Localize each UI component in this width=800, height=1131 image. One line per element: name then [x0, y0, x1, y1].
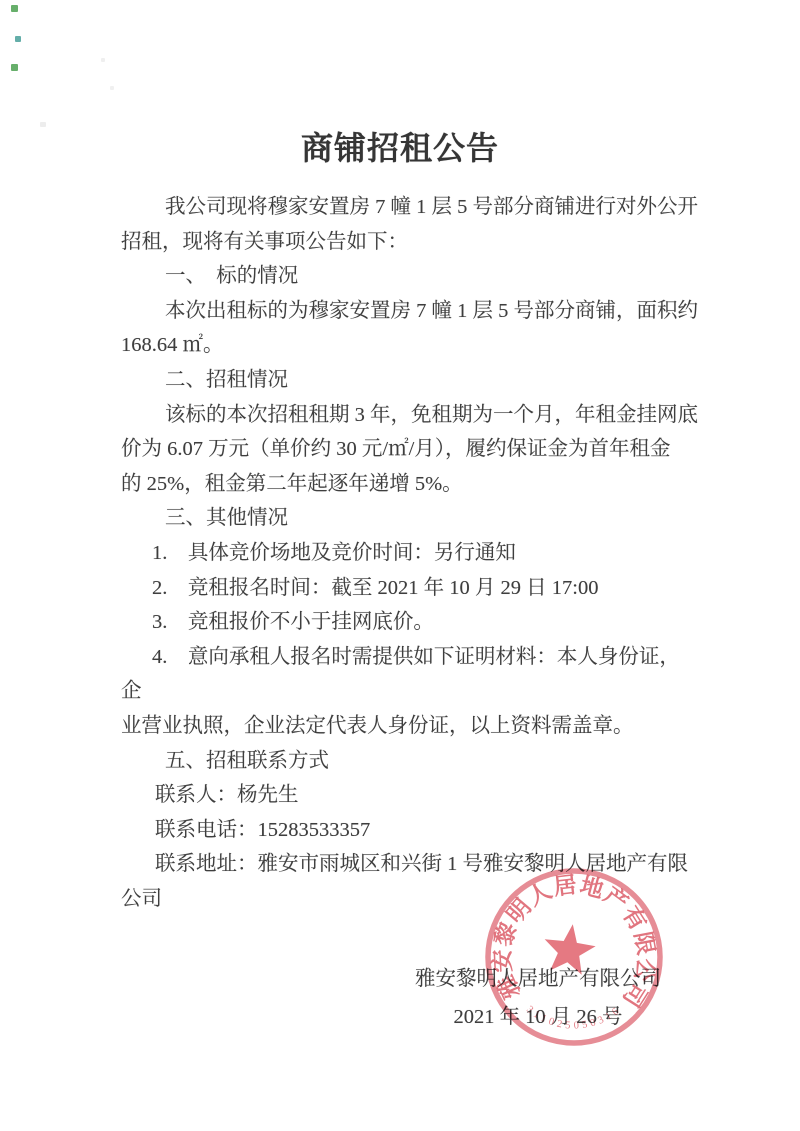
doc-line: 2. 竞租报名时间：截至 2021 年 10 月 29 日 17:00 — [152, 577, 598, 599]
scan-artifact-3 — [11, 64, 18, 71]
doc-line: 二、招租情况 — [165, 369, 288, 391]
document-body: 我公司现将穆家安置房 7 幢 1 层 5 号部分商铺进行对外公开招租，现将有关事… — [121, 190, 699, 916]
seal-star-icon — [545, 924, 596, 975]
company-seal-stamp-icon: 雅安黎明人居地产有限公司 311025050316 — [474, 857, 674, 1057]
seal-serial-text: 311025050316 — [524, 1004, 624, 1032]
scan-artifact-1 — [11, 5, 18, 12]
doc-block-list: 3. 竞租报价不小于挂网底价。 — [121, 605, 699, 640]
doc-block-para: 本次出租标的为穆家安置房 7 幢 1 层 5 号部分商铺，面积约168.64 ㎡… — [121, 294, 699, 363]
doc-block-heading: 五、招租联系方式 — [121, 744, 699, 779]
document-page: 商铺招租公告 我公司现将穆家安置房 7 幢 1 层 5 号部分商铺进行对外公开招… — [0, 0, 800, 1131]
svg-text:311025050316: 311025050316 — [524, 1004, 624, 1032]
doc-block-para: 该标的本次招租租期 3 年，免租期为一个月，年租金挂网底价为 6.07 万元（单… — [121, 398, 699, 502]
doc-line: 联系电话：15283533357 — [155, 819, 370, 841]
doc-line: 1. 具体竞价场地及竞价时间：另行通知 — [152, 542, 516, 564]
doc-line: 五、招租联系方式 — [165, 750, 329, 772]
doc-block-heading: 二、招租情况 — [121, 363, 699, 398]
page-title: 商铺招租公告 — [0, 123, 800, 169]
doc-line: 联系人：杨先生 — [155, 784, 299, 806]
doc-line: 我公司现将穆家安置房 7 幢 1 层 5 号部分商铺进行对外公开 — [165, 196, 698, 218]
doc-line: 4. 意向承租人报名时需提供如下证明材料：本人身份证，企 — [121, 646, 680, 703]
doc-line: 该标的本次招租租期 3 年，免租期为一个月，年租金挂网底 — [165, 404, 698, 426]
doc-block-list: 1. 具体竞价场地及竞价时间：另行通知 — [121, 536, 699, 571]
doc-line: 价为 6.07 万元（单价约 30 元/㎡/月），履约保证金为首年租金 — [121, 438, 671, 460]
doc-block-contact: 联系人：杨先生 — [121, 778, 699, 813]
doc-line: 168.64 ㎡。 — [121, 334, 224, 356]
scan-artifact-2 — [15, 36, 21, 42]
doc-block-heading: 一、 标的情况 — [121, 259, 699, 294]
doc-block-contact: 联系电话：15283533357 — [121, 813, 699, 848]
scan-artifact-6 — [110, 86, 114, 90]
scan-artifact-5 — [101, 58, 105, 62]
doc-block-heading: 三、其他情况 — [121, 501, 699, 536]
doc-line: 业营业执照，企业法定代表人身份证，以上资料需盖章。 — [121, 715, 634, 737]
doc-line: 本次出租标的为穆家安置房 7 幢 1 层 5 号部分商铺，面积约 — [165, 300, 698, 322]
doc-block-list: 2. 竞租报名时间：截至 2021 年 10 月 29 日 17:00 — [121, 571, 699, 606]
doc-line: 公司 — [121, 888, 162, 910]
doc-line: 的 25%，租金第二年起逐年递增 5%。 — [121, 473, 463, 495]
doc-block-list: 4. 意向承租人报名时需提供如下证明材料：本人身份证，企业营业执照，企业法定代表… — [121, 640, 699, 744]
scan-artifact-4 — [40, 122, 46, 127]
doc-line: 一、 标的情况 — [165, 265, 298, 287]
doc-line: 招租，现将有关事项公告如下： — [121, 231, 408, 253]
doc-block-para: 我公司现将穆家安置房 7 幢 1 层 5 号部分商铺进行对外公开招租，现将有关事… — [121, 190, 699, 259]
doc-line: 3. 竞租报价不小于挂网底价。 — [152, 611, 434, 633]
doc-line: 三、其他情况 — [165, 507, 288, 529]
